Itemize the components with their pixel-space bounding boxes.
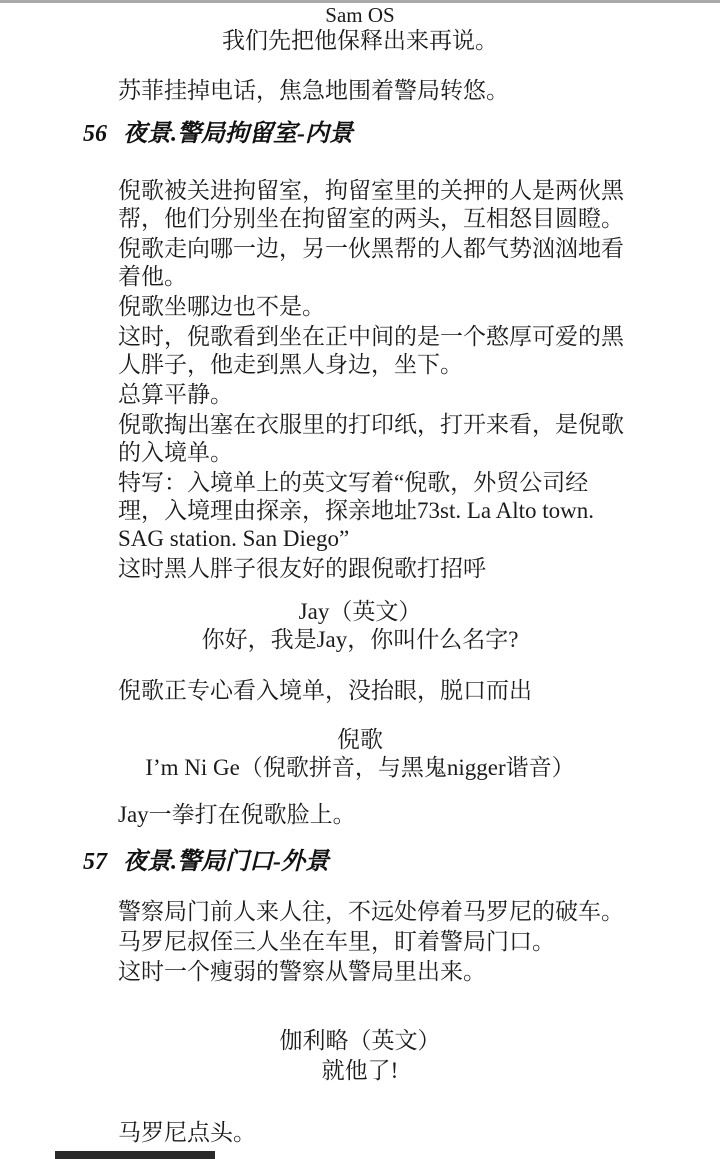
- dialogue-line: I’m Ni Ge（倪歌拼音，与黑鬼nigger谐音）: [0, 754, 720, 782]
- action-line: Jay一拳打在倪歌脸上。: [118, 801, 632, 829]
- action-line: 苏菲挂掉电话，焦急地围着警局转悠。: [118, 77, 632, 105]
- action-line: 这时，倪歌看到坐在正中间的是一个憨厚可爱的黑人胖子，他走到黑人身边，坐下。: [118, 323, 632, 379]
- dialogue-line: 就他了!: [0, 1056, 720, 1086]
- dialogue-block-sam: Sam OS 我们先把他保释出来再说。: [0, 4, 720, 55]
- cutoff-text-fragment: [55, 1151, 215, 1159]
- scene-title: 夜景.警局门口-外景: [123, 849, 329, 875]
- dialogue-line: 你好，我是Jay，你叫什么名字?: [0, 626, 720, 654]
- dialogue-block-nige: 倪歌 I’m Ni Ge（倪歌拼音，与黑鬼nigger谐音）: [0, 726, 720, 782]
- character-name: 倪歌: [0, 726, 720, 754]
- scene-heading-56: 56夜景.警局拘留室-内景: [83, 120, 720, 149]
- action-line: 倪歌走向哪一边，另一伙黑帮的人都气势汹汹地看着他。: [118, 235, 632, 291]
- action-line: 倪歌被关进拘留室，拘留室里的关押的人是两伙黑帮，他们分别坐在拘留室的两头，互相怒…: [118, 177, 632, 233]
- script-content: Sam OS 我们先把他保释出来再说。 苏菲挂掉电话，焦急地围着警局转悠。 56…: [0, 0, 720, 1147]
- action-line: 马罗尼叔侄三人坐在车里，盯着警局门口。: [118, 928, 632, 956]
- action-line: 这时一个瘦弱的警察从警局里出来。: [118, 958, 632, 986]
- action-line: 总算平静。: [118, 381, 632, 409]
- action-line: 倪歌正专心看入境单，没抬眼，脱口而出: [118, 677, 632, 705]
- action-line: 这时黑人胖子很友好的跟倪歌打招呼: [118, 555, 632, 583]
- action-line: 特写：入境单上的英文写着“倪歌，外贸公司经理，入境理由探亲，探亲地址73st. …: [118, 469, 632, 553]
- scene-number: 57: [83, 848, 123, 877]
- character-name: Jay（英文）: [0, 598, 720, 626]
- action-line: 倪歌掏出塞在衣服里的打印纸，打开来看，是倪歌的入境单。: [118, 411, 632, 467]
- action-line: 倪歌坐哪边也不是。: [118, 293, 632, 321]
- character-name: 伽利略（英文）: [0, 1026, 720, 1056]
- character-name: Sam OS: [0, 4, 720, 27]
- dialogue-block-galileo: 伽利略（英文） 就他了!: [0, 1026, 720, 1086]
- dialogue-line: 我们先把他保释出来再说。: [0, 27, 720, 55]
- action-line: 警察局门前人来人往，不远处停着马罗尼的破车。: [118, 898, 632, 926]
- document-page[interactable]: Sam OS 我们先把他保释出来再说。 苏菲挂掉电话，焦急地围着警局转悠。 56…: [0, 0, 720, 1159]
- action-line: 马罗尼点头。: [118, 1119, 632, 1147]
- scene-heading-57: 57夜景.警局门口-外景: [83, 848, 720, 877]
- scene-number: 56: [83, 120, 123, 149]
- scene-title: 夜景.警局拘留室-内景: [123, 121, 353, 147]
- dialogue-block-jay: Jay（英文） 你好，我是Jay，你叫什么名字?: [0, 598, 720, 654]
